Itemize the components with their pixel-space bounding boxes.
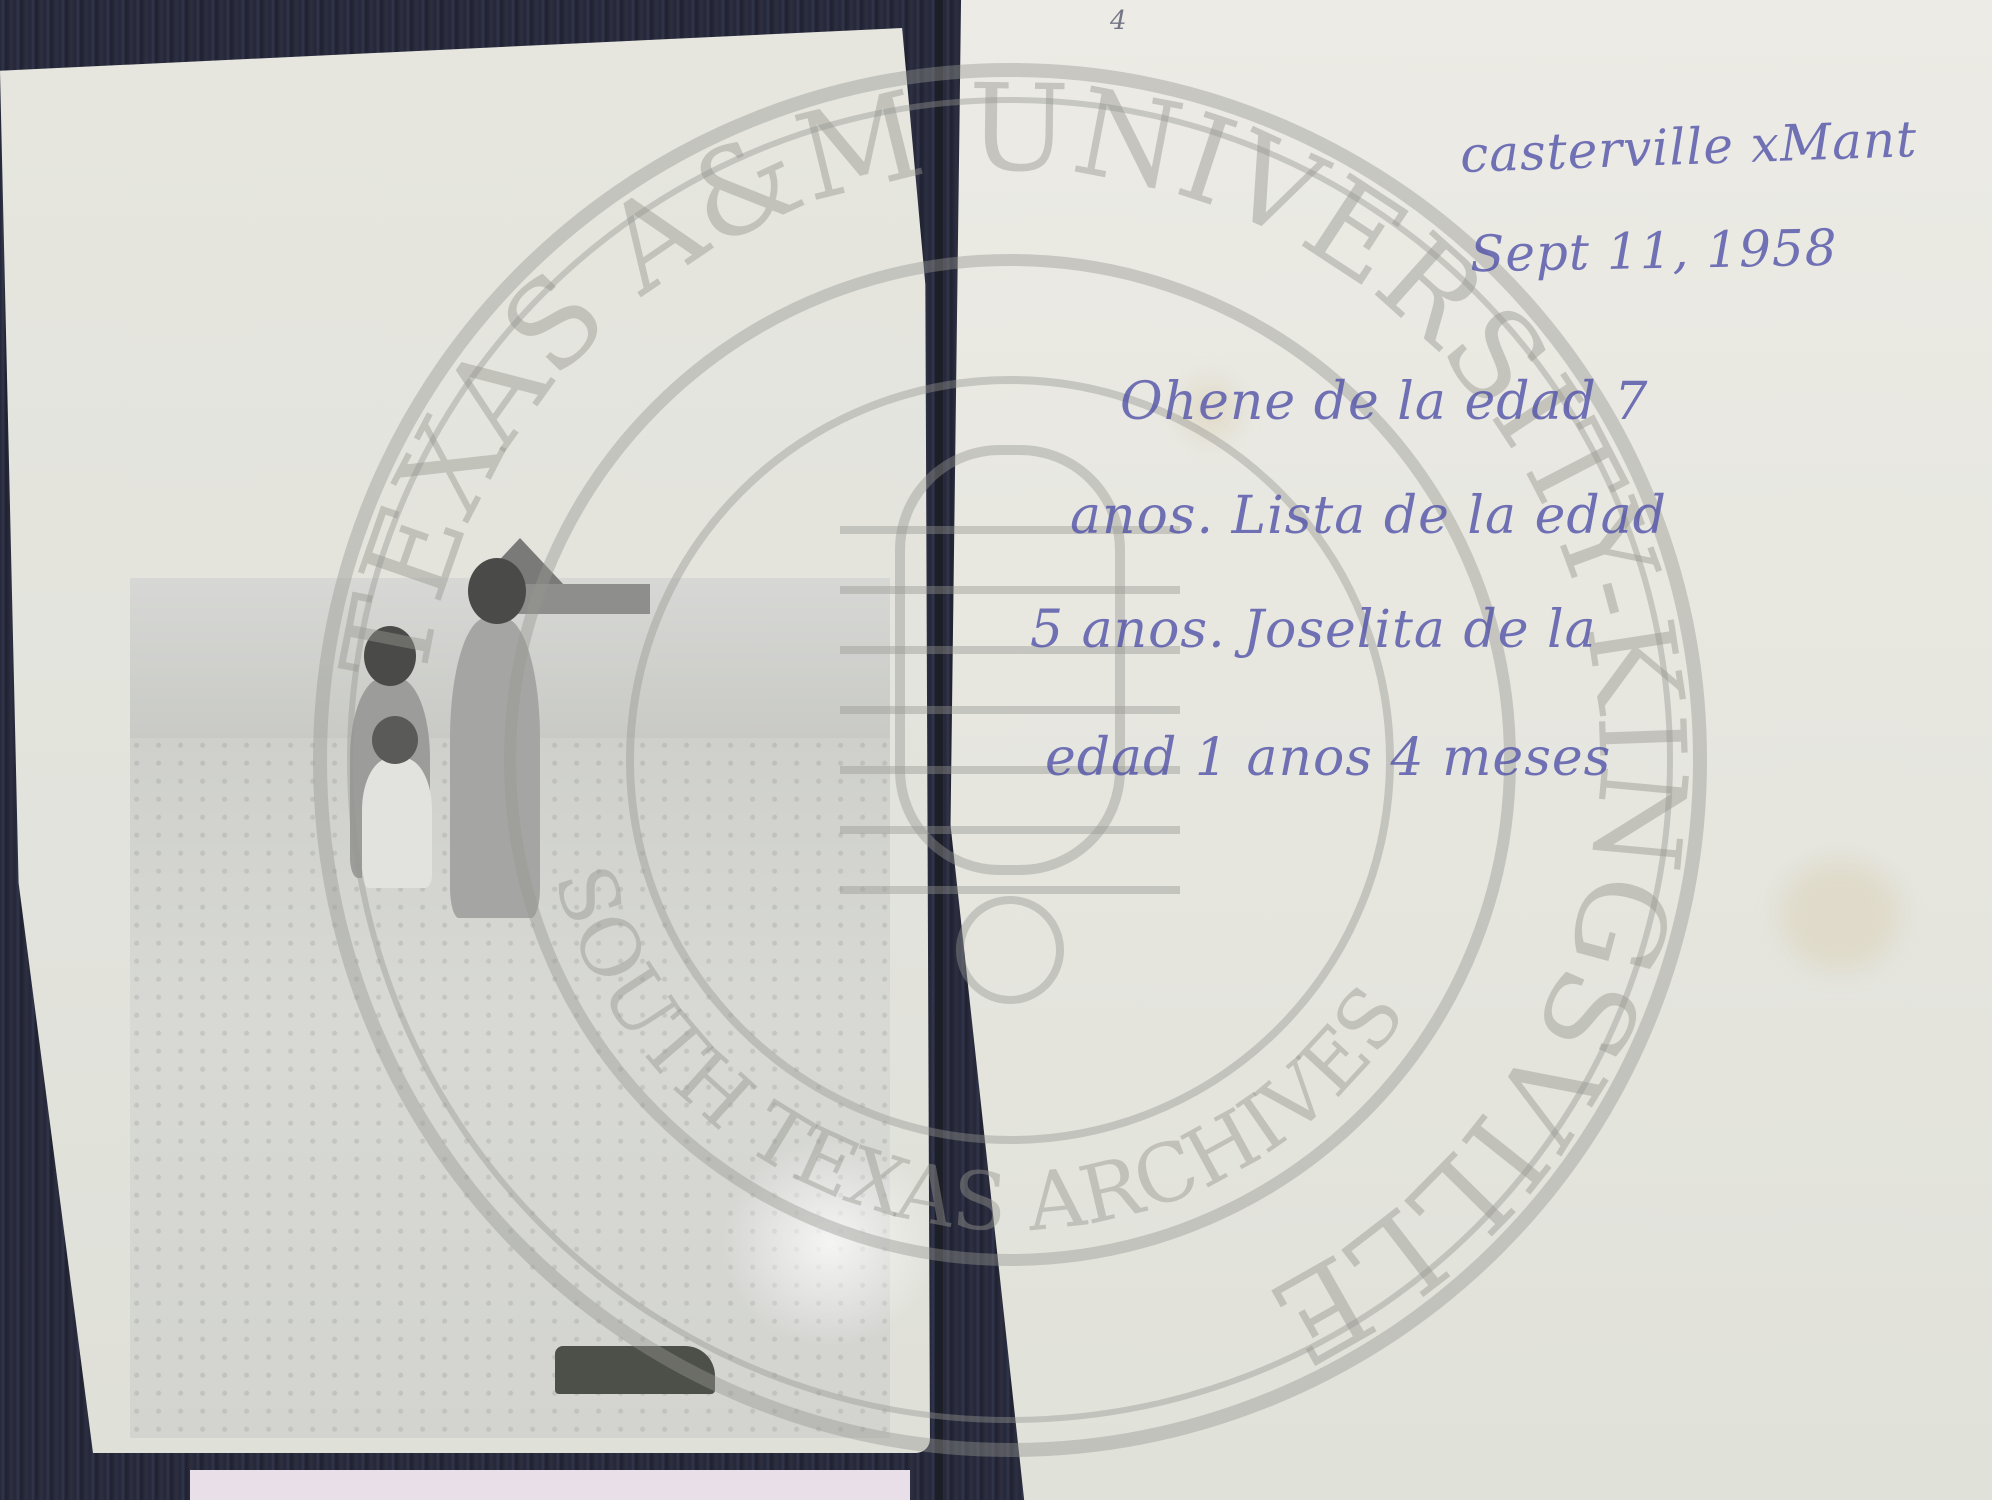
photo-divider	[935, 0, 943, 1500]
caption-line-2: anos. Lista de la edad	[1070, 486, 1667, 546]
caption-line-3: 5 anos. Joselita de la	[1030, 600, 1597, 660]
caption-line-4: edad 1 anos 4 meses	[1045, 728, 1611, 788]
handwritten-date: Sept 11, 1958	[1470, 219, 1838, 283]
stain	[1780, 860, 1900, 970]
caption-line-1: Ohene de la edad 7	[1120, 372, 1648, 432]
corner-mark: 4	[1110, 6, 1128, 36]
photo-front	[0, 28, 930, 1453]
light-glare	[720, 1138, 940, 1348]
damage-spot	[555, 1346, 715, 1394]
vintage-photograph	[80, 118, 880, 1408]
mounting-paper	[190, 1470, 910, 1500]
child-older-overalls	[450, 618, 540, 918]
child-toddler	[362, 758, 432, 888]
